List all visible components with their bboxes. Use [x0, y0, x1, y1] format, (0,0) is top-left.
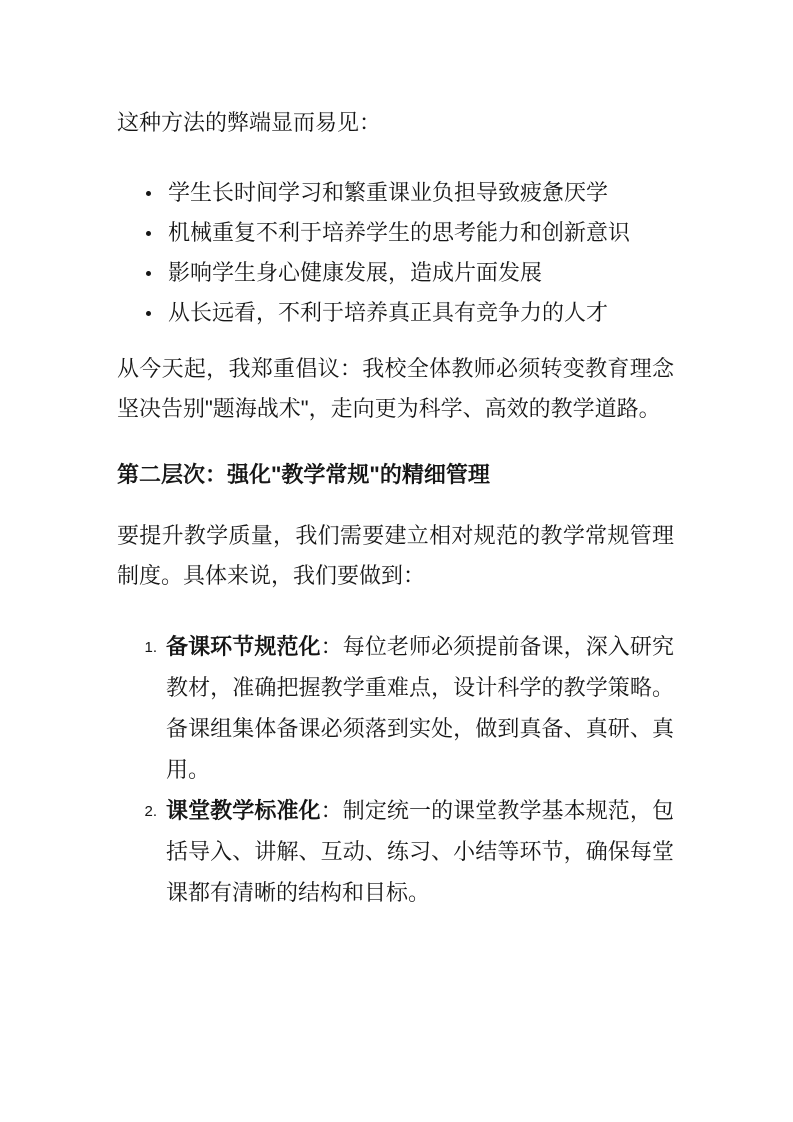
disadvantages-bullet-list: 学生长时间学习和繁重课业负担导致疲惫厌学 机械重复不利于培养学生的思考能力和创新…	[117, 173, 674, 333]
bullet-icon	[146, 311, 151, 316]
requirements-paragraph: 要提升教学质量，我们需要建立相对规范的教学常规管理制度。具体来说，我们要做到：	[117, 516, 674, 596]
intro-paragraph: 这种方法的弊端显而易见：	[117, 103, 674, 143]
list-item: 机械重复不利于培养学生的思考能力和创新意识	[117, 213, 674, 253]
bullet-item-text: 机械重复不利于培养学生的思考能力和创新意识	[168, 220, 630, 245]
list-term: 备课环节规范化	[166, 634, 321, 659]
list-item: 影响学生身心健康发展，造成片面发展	[117, 253, 674, 293]
bullet-item-text: 从长远看，不利于培养真正具有竞争力的人才	[168, 300, 608, 325]
list-item: 1. 备课环节规范化：每位老师必须提前备课，深入研究教材，准确把握教学重难点，设…	[117, 626, 674, 790]
bullet-icon	[146, 231, 151, 236]
measures-numbered-list: 1. 备课环节规范化：每位老师必须提前备课，深入研究教材，准确把握教学重难点，设…	[117, 626, 674, 913]
section-heading: 第二层次：强化"教学常规"的精细管理	[117, 455, 674, 495]
pledge-paragraph: 从今天起，我郑重倡议：我校全体教师必须转变教育理念坚决告别"题海战术"，走向更为…	[117, 349, 674, 429]
list-item: 从长远看，不利于培养真正具有竞争力的人才	[117, 293, 674, 333]
bullet-icon	[146, 271, 151, 276]
list-item: 2. 课堂教学标准化：制定统一的课堂教学基本规范，包括导入、讲解、互动、练习、小…	[117, 790, 674, 913]
bullet-icon	[146, 191, 151, 196]
list-item: 学生长时间学习和繁重课业负担导致疲惫厌学	[117, 173, 674, 213]
list-number: 1.	[129, 627, 157, 668]
bullet-item-text: 学生长时间学习和繁重课业负担导致疲惫厌学	[168, 180, 608, 205]
list-term: 课堂教学标准化	[166, 798, 321, 823]
document-page: 这种方法的弊端显而易见： 学生长时间学习和繁重课业负担导致疲惫厌学 机械重复不利…	[0, 0, 793, 1122]
list-number: 2.	[129, 791, 157, 832]
bullet-item-text: 影响学生身心健康发展，造成片面发展	[168, 260, 542, 285]
